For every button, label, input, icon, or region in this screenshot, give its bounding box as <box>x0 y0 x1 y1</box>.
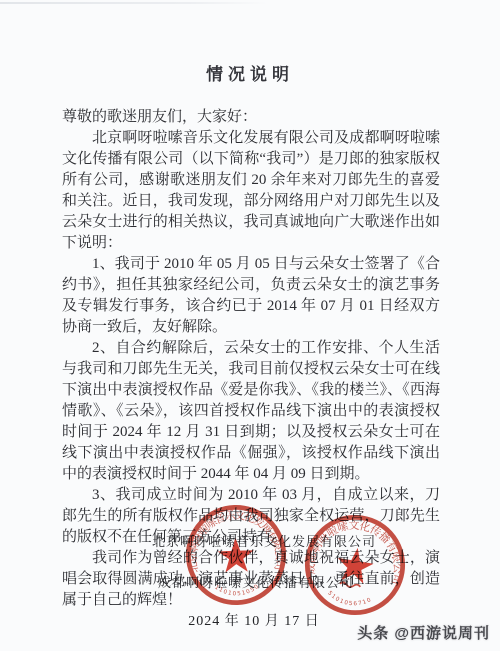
page-title: 情况说明 <box>0 0 500 85</box>
paragraph-intro: 北京啊呀啦嗦音乐文化发展有限公司及成都啊呀啦嗦文化传播有限公司（以下简称“我司”… <box>62 128 440 254</box>
document-page: 情况说明 尊敬的歌迷朋友们，大家好： 北京啊呀啦嗦音乐文化发展有限公司及成都啊呀… <box>0 0 500 651</box>
toutiao-watermark: 头条 @西游说周刊 <box>357 622 490 643</box>
scan-artifact-line <box>0 2 268 4</box>
paragraph-item-2: 2、自合约解除后，云朵女士的工作安排、个人生活与我司和刀郎先生无关，我司目前仅授… <box>62 338 440 485</box>
signature-company-beijing: 北京啊呀啦嗦音乐文化发展有限公司 <box>14 531 500 550</box>
salutation: 尊敬的歌迷朋友们，大家好： <box>62 107 440 128</box>
paragraph-item-1: 1、我司于 2010 年 05 月 05 日与云朵女士签署了《合约书》，担任其独… <box>62 254 440 338</box>
signature-block: 北京啊呀啦嗦音乐文化发展有限公司 成都啊呀啦嗦文化传播有限公司 2024 年 1… <box>0 531 500 630</box>
signature-company-chengdu: 成都啊呀啦嗦文化传播有限公司 <box>6 572 500 591</box>
